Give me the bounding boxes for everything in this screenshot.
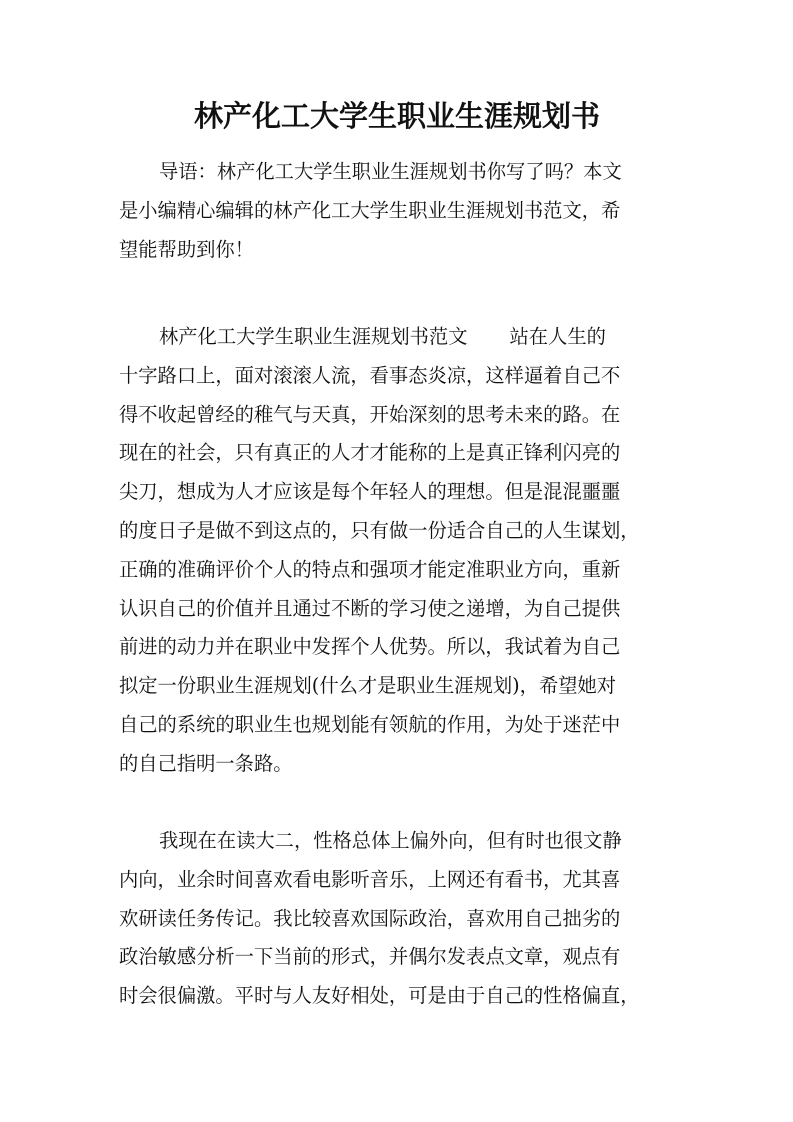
body-paragraph-1: 林产化工大学生职业生涯规划书范文站在人生的 十字路口上，面对滚滚人流，看事态炎凉… xyxy=(119,318,675,784)
paragraph-line: 时会很偏激。平时与人友好相处，可是由于自己的性格偏直， xyxy=(119,977,675,1016)
paragraph-first-line: 林产化工大学生职业生涯规划书范文站在人生的 xyxy=(119,318,675,357)
paragraph-line: 内向，业余时间喜欢看电影听音乐，上网还有看书，尤其喜 xyxy=(119,861,675,900)
intro-paragraph: 导语：林产化工大学生职业生涯规划书你写了吗？本文 是小编精心编辑的林产化工大学生… xyxy=(119,153,675,269)
document-title: 林产化工大学生职业生涯规划书 xyxy=(119,96,675,136)
paragraph-line: 得不收起曾经的稚气与天真，开始深刻的思考未来的路。在 xyxy=(119,396,675,435)
section-heading: 林产化工大学生职业生涯规划书范文 xyxy=(159,325,468,348)
paragraph-line: 我现在在读大二，性格总体上偏外向，但有时也很文静 xyxy=(119,822,675,861)
paragraph-line: 认识自己的价值并且通过不断的学习使之递增，为自己提供 xyxy=(119,590,675,629)
paragraph-line: 政治敏感分析一下当前的形式，并偶尔发表点文章，观点有 xyxy=(119,938,675,977)
paragraph-line: 现在的社会，只有真正的人才才能称的上是真正锋利闪亮的 xyxy=(119,434,675,473)
intro-line: 是小编精心编辑的林产化工大学生职业生涯规划书范文，希 xyxy=(119,192,675,231)
paragraph-line: 十字路口上，面对滚滚人流，看事态炎凉，这样逼着自己不 xyxy=(119,357,675,396)
paragraph-line: 前进的动力并在职业中发挥个人优势。所以，我试着为自己 xyxy=(119,628,675,667)
paragraph-line: 自己的系统的职业生也规划能有领航的作用，为处于迷茫中 xyxy=(119,706,675,745)
paragraph-line: 的度日子是做不到这点的，只有做一份适合自己的人生谋划， xyxy=(119,512,675,551)
intro-line: 望能帮助到你！ xyxy=(119,231,675,270)
paragraph-line: 尖刀，想成为人才应该是每个年轻人的理想。但是混混噩噩 xyxy=(119,473,675,512)
paragraph-line: 正确的准确评价个人的特点和强项才能定准职业方向，重新 xyxy=(119,551,675,590)
paragraph-text: 站在人生的 xyxy=(510,325,606,348)
paragraph-line: 欢研读任务传记。我比较喜欢国际政治，喜欢用自己拙劣的 xyxy=(119,900,675,939)
intro-line: 导语：林产化工大学生职业生涯规划书你写了吗？本文 xyxy=(119,153,675,192)
paragraph-line: 拟定一份职业生涯规划(什么才是职业生涯规划)，希望她对 xyxy=(119,667,675,706)
body-paragraph-2: 我现在在读大二，性格总体上偏外向，但有时也很文静 内向，业余时间喜欢看电影听音乐… xyxy=(119,822,675,1016)
paragraph-line: 的自己指明一条路。 xyxy=(119,745,675,784)
